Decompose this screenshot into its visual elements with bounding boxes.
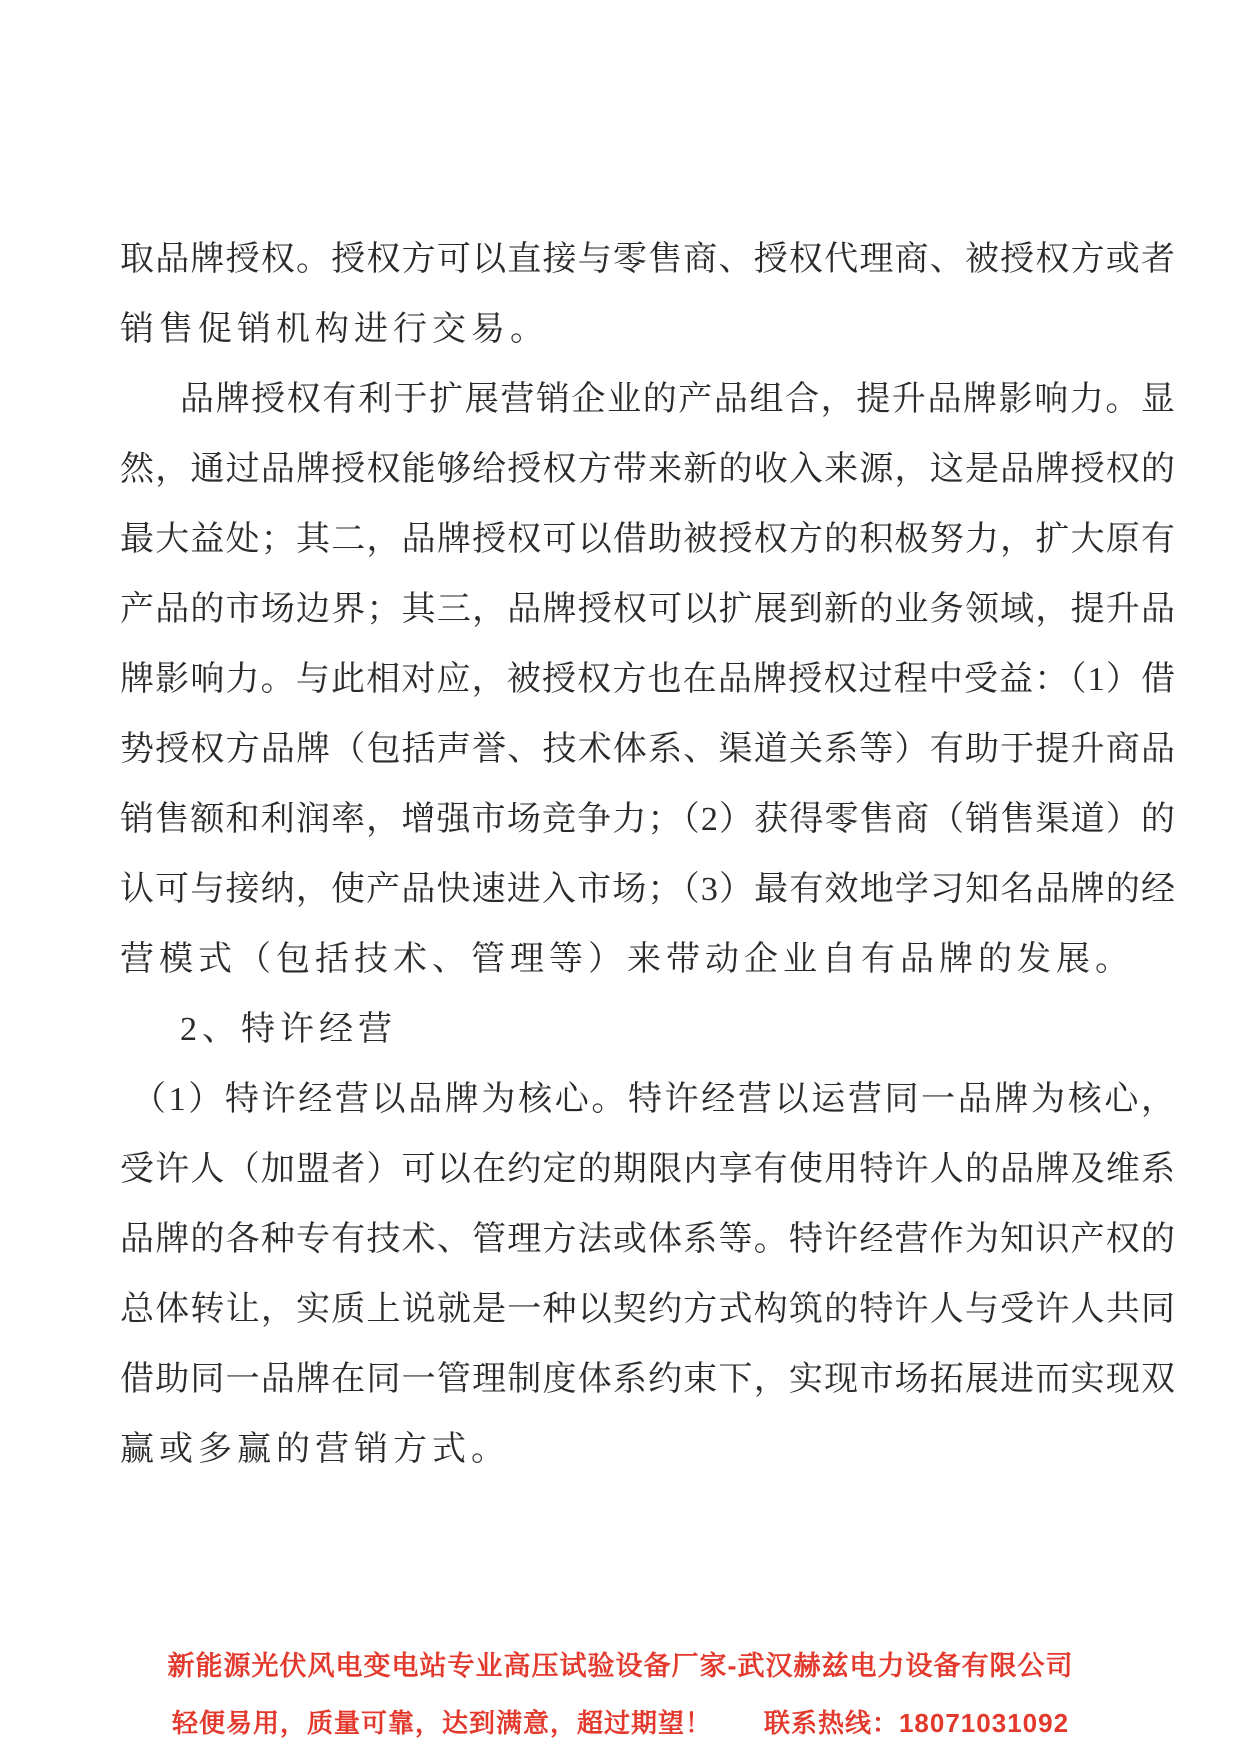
- body-line: 品牌的各种专有技术、管理方法或体系等。特许经营作为知识产权的: [120, 1205, 1175, 1275]
- body-line: 最大益处；其二，品牌授权可以借助被授权方的积极努力，扩大原有: [120, 505, 1175, 575]
- document-page: 取品牌授权。授权方可以直接与零售商、授权代理商、被授权方或者销售促销机构进行交易…: [0, 0, 1241, 1754]
- body-line: 借助同一品牌在同一管理制度体系约束下，实现市场拓展进而实现双: [120, 1345, 1175, 1415]
- body-line: 销售额和利润率，增强市场竞争力；（2）获得零售商（销售渠道）的: [120, 785, 1175, 855]
- body-line: 牌影响力。与此相对应，被授权方也在品牌授权过程中受益：（1）借: [120, 645, 1175, 715]
- body-line: （1）特许经营以品牌为核心。特许经营以运营同一品牌为核心，: [120, 1065, 1175, 1135]
- body-line: 营模式（包括技术、管理等）来带动企业自有品牌的发展。: [120, 925, 1175, 995]
- body-line: 受许人（加盟者）可以在约定的期限内享有使用特许人的品牌及维系: [120, 1135, 1175, 1205]
- body-line: 品牌授权有利于扩展营销企业的产品组合，提升品牌影响力。显: [120, 365, 1175, 435]
- body-line: 2、特许经营: [120, 995, 1175, 1065]
- body-line: 总体转让，实质上说就是一种以契约方式构筑的特许人与受许人共同: [120, 1275, 1175, 1345]
- footer-slogan: 轻便易用，质量可靠，达到满意，超过期望！: [172, 1708, 712, 1738]
- body-line: 取品牌授权。授权方可以直接与零售商、授权代理商、被授权方或者: [120, 225, 1175, 295]
- body-line: 然，通过品牌授权能够给授权方带来新的收入来源，这是品牌授权的: [120, 435, 1175, 505]
- body-line: 产品的市场边界；其三，品牌授权可以扩展到新的业务领域，提升品: [120, 575, 1175, 645]
- body-line: 势授权方品牌（包括声誉、技术体系、渠道关系等）有助于提升商品: [120, 715, 1175, 785]
- page-footer: 新能源光伏风电变电站专业高压试验设备厂家-武汉赫兹电力设备有限公司 轻便易用，质…: [0, 1645, 1241, 1743]
- body-line: 销售促销机构进行交易。: [120, 295, 1175, 365]
- body-line: 认可与接纳，使产品快速进入市场；（3）最有效地学习知名品牌的经: [120, 855, 1175, 925]
- body-line: 赢或多赢的营销方式。: [120, 1415, 1175, 1485]
- footer-hotline: 联系热线：18071031092: [764, 1703, 1069, 1743]
- footer-company-line: 新能源光伏风电变电站专业高压试验设备厂家-武汉赫兹电力设备有限公司: [0, 1645, 1241, 1687]
- document-body: 取品牌授权。授权方可以直接与零售商、授权代理商、被授权方或者销售促销机构进行交易…: [120, 225, 1175, 1485]
- footer-contact-line: 轻便易用，质量可靠，达到满意，超过期望！联系热线：18071031092: [0, 1703, 1241, 1743]
